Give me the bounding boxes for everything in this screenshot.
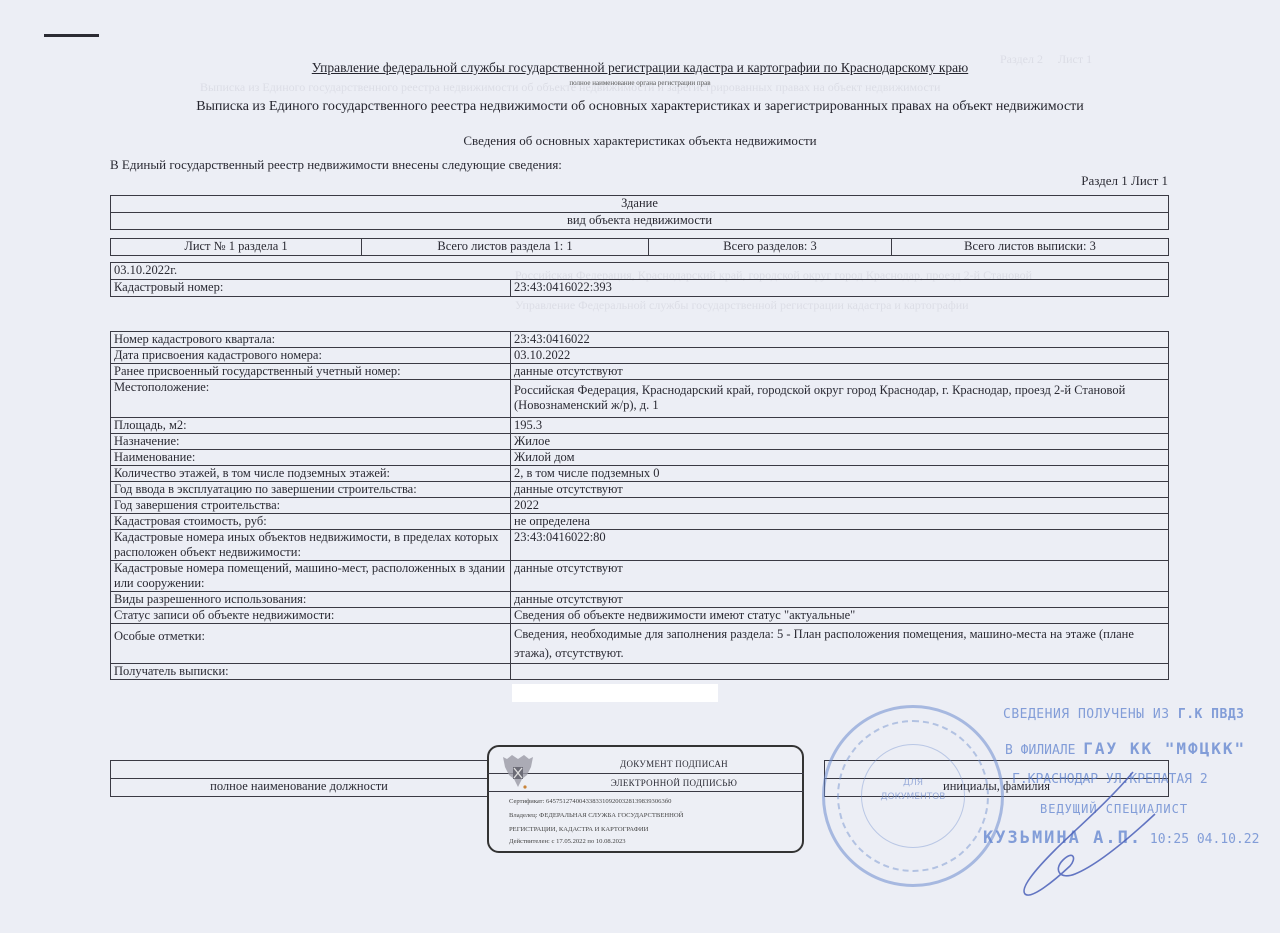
table-row: Дата присвоения кадастрового номера:03.1…: [111, 348, 1169, 364]
sheet-number: Лист № 1 раздела 1: [111, 239, 362, 256]
table-row: Статус записи об объекте недвижимости:Св…: [111, 608, 1169, 624]
row-value: данные отсутствуют: [511, 482, 1169, 498]
table-row: Назначение:Жилое: [111, 434, 1169, 450]
row-label: Год ввода в эксплуатацию по завершении с…: [111, 482, 511, 498]
intro-text: В Единый государственный реестр недвижим…: [110, 157, 562, 173]
certificate-validity: Действителен: с 17.05.2022 по 10.08.2023: [509, 838, 626, 845]
object-type: Здание: [111, 196, 1169, 213]
extract-date: 03.10.2022г.: [111, 263, 1169, 280]
table-row: Кадастровая стоимость, руб:не определена: [111, 514, 1169, 530]
stamp-line: СВЕДЕНИЯ ПОЛУЧЕНЫ ИЗ Г.К ПВДЗ: [1003, 707, 1245, 722]
row-value: [511, 664, 1169, 680]
bleed-through-text: Управление Федеральной службы государств…: [515, 298, 969, 313]
extract-page: Раздел 2 Лист 1 Выписка из Единого госуд…: [0, 0, 1280, 933]
section-sheet-label: Раздел 1 Лист 1: [1081, 173, 1168, 189]
certificate-owner-cont: РЕГИСТРАЦИИ, КАДАСТРА И КАРТОГРАФИИ: [509, 826, 648, 833]
row-value: данные отсутствуют: [511, 561, 1169, 592]
row-label: Количество этажей, в том числе подземных…: [111, 466, 511, 482]
row-label: Наименование:: [111, 450, 511, 466]
row-label: Дата присвоения кадастрового номера:: [111, 348, 511, 364]
table-row: Количество этажей, в том числе подземных…: [111, 466, 1169, 482]
table-row: Виды разрешенного использования:данные о…: [111, 592, 1169, 608]
corner-dash-mark: [44, 34, 99, 37]
cadastral-number-label: Кадастровый номер:: [111, 280, 511, 297]
row-value: Сведения, необходимые для заполнения раз…: [511, 624, 1169, 664]
row-value: 2, в том числе подземных 0: [511, 466, 1169, 482]
organization-caption: полное наименование органа регистрации п…: [0, 79, 1280, 87]
round-seal-stamp: ДЛЯ ДОКУМЕНТОВ: [822, 705, 1004, 887]
cadastral-number-value: 23:43:0416022:393: [511, 280, 1169, 297]
row-label: Ранее присвоенный государственный учетны…: [111, 364, 511, 380]
object-type-caption: вид объекта недвижимости: [111, 213, 1169, 230]
seal-text: ДОКУМЕНТОВ: [825, 792, 1001, 802]
seal-text: ДЛЯ: [825, 778, 1001, 788]
row-value: Сведения об объекте недвижимости имеют с…: [511, 608, 1169, 624]
redacted-recipient: [512, 684, 718, 702]
table-row: Получатель выписки:: [111, 664, 1169, 680]
row-label: Год завершения строительства:: [111, 498, 511, 514]
row-label: Получатель выписки:: [111, 664, 511, 680]
row-value: 23:43:0416022: [511, 332, 1169, 348]
row-value: 03.10.2022: [511, 348, 1169, 364]
table-row: Номер кадастрового квартала:23:43:041602…: [111, 332, 1169, 348]
row-value: Российская Федерация, Краснодарский край…: [511, 380, 1169, 418]
certificate-owner: Владелец: ФЕДЕРАЛЬНАЯ СЛУЖБА ГОСУДАРСТВЕ…: [509, 812, 683, 819]
row-value: Жилой дом: [511, 450, 1169, 466]
table-row: Ранее присвоенный государственный учетны…: [111, 364, 1169, 380]
total-sheets-section: Всего листов раздела 1: 1: [362, 239, 649, 256]
characteristics-table: Номер кадастрового квартала:23:43:041602…: [110, 331, 1169, 680]
signed-title: ДОКУМЕНТ ПОДПИСАН: [549, 759, 799, 769]
row-label: Местоположение:: [111, 380, 511, 418]
row-label: Кадастровые номера помещений, машино-мес…: [111, 561, 511, 592]
row-label: Номер кадастрового квартала:: [111, 332, 511, 348]
position-caption: полное наименование должности: [111, 779, 488, 797]
handwritten-signature-icon: [1015, 770, 1165, 900]
row-value: 195.3: [511, 418, 1169, 434]
object-type-table: Здание вид объекта недвижимости: [110, 195, 1169, 230]
row-label: Виды разрешенного использования:: [111, 592, 511, 608]
row-label: Кадастровые номера иных объектов недвижи…: [111, 530, 511, 561]
table-row: Площадь, м2:195.3: [111, 418, 1169, 434]
row-label: Площадь, м2:: [111, 418, 511, 434]
table-row: Год ввода в эксплуатацию по завершении с…: [111, 482, 1169, 498]
row-value: 2022: [511, 498, 1169, 514]
total-sections: Всего разделов: 3: [649, 239, 892, 256]
row-label: Кадастровая стоимость, руб:: [111, 514, 511, 530]
electronic-signature-block: ДОКУМЕНТ ПОДПИСАН ЭЛЕКТРОННОЙ ПОДПИСЬЮ С…: [487, 745, 804, 853]
table-row: Местоположение:Российская Федерация, Кра…: [111, 380, 1169, 418]
table-row: Год завершения строительства:2022: [111, 498, 1169, 514]
eagle-emblem-icon: [501, 753, 535, 791]
row-value: Жилое: [511, 434, 1169, 450]
signed-subtitle: ЭЛЕКТРОННОЙ ПОДПИСЬЮ: [549, 778, 799, 788]
table-row: Наименование:Жилой дом: [111, 450, 1169, 466]
section-title: Сведения об основных характеристиках объ…: [0, 133, 1280, 149]
certificate-number: Сертификат: 6457512740043383310920032813…: [509, 798, 671, 805]
row-label: Статус записи об объекте недвижимости:: [111, 608, 511, 624]
cadastral-number-table: 03.10.2022г. Кадастровый номер: 23:43:04…: [110, 262, 1169, 297]
table-row: Особые отметки:Сведения, необходимые для…: [111, 624, 1169, 664]
row-label: Особые отметки:: [111, 624, 511, 664]
organization-name: Управление федеральной службы государств…: [0, 60, 1280, 76]
total-sheets-extract: Всего листов выписки: 3: [892, 239, 1169, 256]
stamp-line: В ФИЛИАЛЕ ГАУ КК "МФЦКК": [1005, 739, 1246, 758]
row-value: данные отсутствуют: [511, 592, 1169, 608]
sheet-info-table: Лист № 1 раздела 1 Всего листов раздела …: [110, 238, 1169, 256]
row-label: Назначение:: [111, 434, 511, 450]
row-value: не определена: [511, 514, 1169, 530]
table-row: Кадастровые номера помещений, машино-мес…: [111, 561, 1169, 592]
row-value: 23:43:0416022:80: [511, 530, 1169, 561]
document-title: Выписка из Единого государственного реес…: [0, 99, 1280, 115]
row-value: данные отсутствуют: [511, 364, 1169, 380]
table-row: Кадастровые номера иных объектов недвижи…: [111, 530, 1169, 561]
